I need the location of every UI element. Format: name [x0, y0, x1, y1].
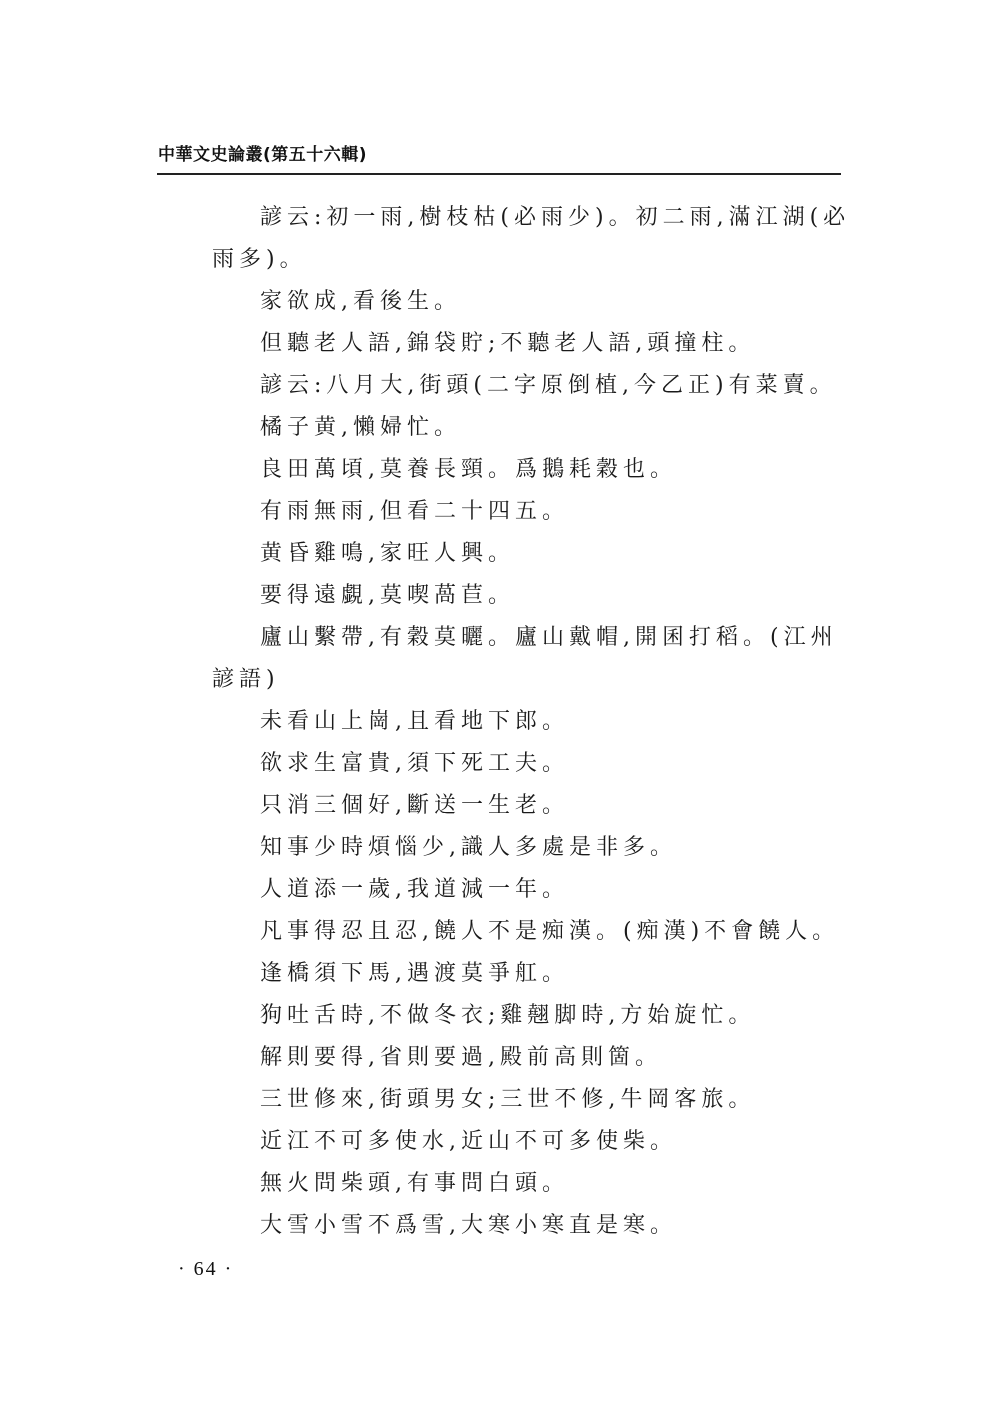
text-line: 有雨無雨,但看二十四五。	[212, 491, 842, 533]
text-line: 人道添一歲,我道減一年。	[212, 869, 842, 911]
text-line: 橘子黄,懶婦忙。	[212, 407, 842, 449]
text-line: 諺云:初一雨,樹枝枯(必雨少)。初二雨,滿江湖(必	[212, 197, 842, 239]
text-line: 廬山繫帶,有穀莫曬。廬山戴帽,開囷打稻。(江州	[212, 617, 842, 659]
text-line: 家欲成,看後生。	[212, 281, 842, 323]
text-line: 要得遠覷,莫喫萵苣。	[212, 575, 842, 617]
text-line: 但聽老人語,錦袋貯;不聽老人語,頭撞柱。	[212, 323, 842, 365]
text-line: 凡事得忍且忍,饒人不是痴漢。(痴漢)不會饒人。	[212, 911, 842, 953]
text-line: 近江不可多使水,近山不可多使柴。	[212, 1121, 842, 1163]
text-line: 三世修來,街頭男女;三世不修,牛岡客旅。	[212, 1079, 842, 1121]
text-line: 黄昏雞鳴,家旺人興。	[212, 533, 842, 575]
text-line: 諺云:八月大,街頭(二字原倒植,今乙正)有菜賣。	[212, 365, 842, 407]
text-line: 逢橋須下馬,遇渡莫爭舡。	[212, 953, 842, 995]
text-line: 狗吐舌時,不做冬衣;雞翹脚時,方始旋忙。	[212, 995, 842, 1037]
text-line: 大雪小雪不爲雪,大寒小寒直是寒。	[212, 1205, 842, 1247]
body-text: 諺云:初一雨,樹枝枯(必雨少)。初二雨,滿江湖(必 雨多)。 家欲成,看後生。 …	[212, 197, 842, 1247]
header-rule	[157, 173, 841, 175]
text-line: 解則要得,省則要過,殿前高則箇。	[212, 1037, 842, 1079]
page-number: · 64 ·	[178, 1258, 233, 1281]
text-line: 諺語)	[212, 659, 842, 701]
running-title: 中華文史論叢(第五十六輯)	[158, 140, 367, 165]
text-line: 雨多)。	[212, 239, 842, 281]
text-line: 未看山上崗,且看地下郎。	[212, 701, 842, 743]
text-line: 無火問柴頭,有事問白頭。	[212, 1163, 842, 1205]
text-line: 知事少時煩惱少,識人多處是非多。	[212, 827, 842, 869]
text-line: 欲求生富貴,須下死工夫。	[212, 743, 842, 785]
text-line: 良田萬頃,莫養長頸。爲鵝耗穀也。	[212, 449, 842, 491]
text-line: 只消三個好,斷送一生老。	[212, 785, 842, 827]
